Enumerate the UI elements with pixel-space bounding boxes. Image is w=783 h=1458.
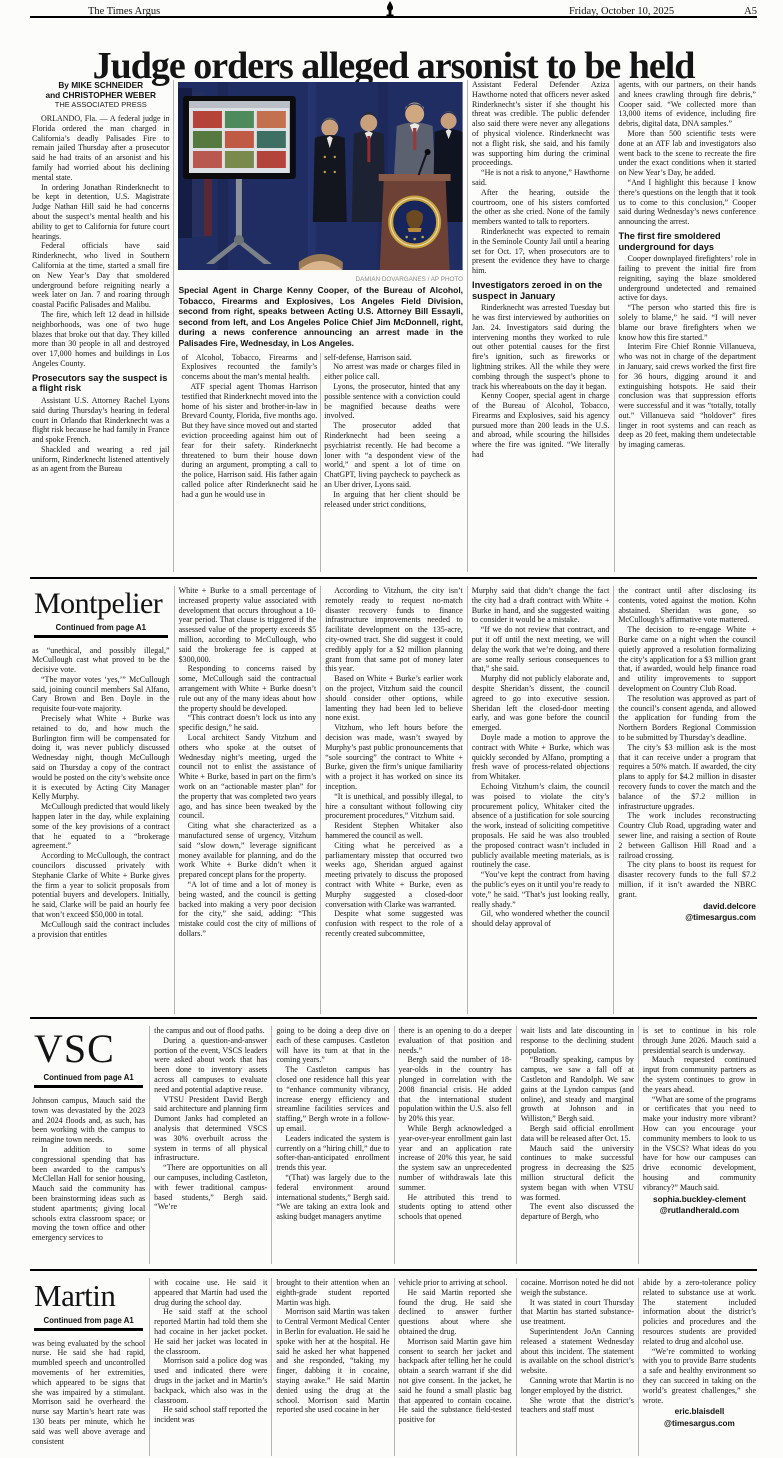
paragraph: Assistant Federal Defender Aziza Hawthor… bbox=[472, 80, 609, 168]
paragraph: It was stated in court Thursday that Mar… bbox=[521, 1298, 634, 1327]
continued-from-line: Continued from page A1 bbox=[34, 1313, 143, 1331]
paragraph: Morrison said a police dog was used and … bbox=[154, 1356, 267, 1405]
paragraph: Based on White + Burke’s earlier work on… bbox=[325, 674, 463, 723]
paragraph: McCullough said the contract includes a … bbox=[32, 920, 170, 940]
jump-head: Montpelier Continued from page A1 bbox=[34, 588, 168, 638]
paragraph: The decision to re-engage White + Burke … bbox=[618, 625, 756, 694]
author-signature: @timesargus.com bbox=[643, 1419, 756, 1429]
paragraph: The resolution was approved as part of t… bbox=[618, 694, 756, 743]
paragraph: Canning wrote that Martin is no longer e… bbox=[521, 1376, 634, 1396]
paragraph: White + Burke to a small percentage of i… bbox=[179, 586, 317, 664]
paragraph: “He is not a risk to anyone,” Hawthorne … bbox=[472, 168, 609, 188]
paragraph: In ordering Jonathan Rinderknecht to be … bbox=[32, 183, 169, 242]
montpelier-story: Montpelier Continued from page A1 as “un… bbox=[32, 586, 756, 1014]
paragraph: was being evaluated by the school nurse.… bbox=[32, 1339, 145, 1447]
photo-credit: DAMIAN DOVARGANES / AP PHOTO bbox=[178, 276, 463, 284]
column: is set to continue in his role through J… bbox=[638, 1026, 756, 1264]
press-conference-photo-image bbox=[178, 82, 463, 270]
paragraph: Johnson campus, Mauch said the town was … bbox=[32, 1096, 145, 1145]
paragraph: Citing what he perceived as a parliament… bbox=[325, 841, 463, 910]
paragraph: Mauch requested continued input from com… bbox=[643, 1055, 756, 1094]
column: Assistant Federal Defender Aziza Hawthor… bbox=[467, 80, 613, 572]
paragraph: He said Martin reported she found the dr… bbox=[399, 1288, 512, 1337]
column: going to be doing a deep dive on each of… bbox=[271, 1026, 393, 1264]
byline-credit: THE ASSOCIATED PRESS bbox=[32, 100, 169, 109]
paragraph: In arguing that her client should be rel… bbox=[324, 490, 460, 510]
paragraph: with cocaine use. He said it appeared th… bbox=[154, 1278, 267, 1307]
paragraph: is set to continue in his role through J… bbox=[643, 1026, 756, 1055]
column: the campus and out of flood paths.During… bbox=[149, 1026, 271, 1264]
paragraph: “The person who started this fire is sol… bbox=[619, 303, 756, 342]
paragraph: After the hearing, outside the courtroom… bbox=[472, 188, 609, 227]
paragraph: vehicle prior to arriving at school. bbox=[399, 1278, 512, 1288]
paragraph: as “unethical, and possibly illegal,” Mc… bbox=[32, 646, 170, 675]
column: abide by a zero-tolerance policy related… bbox=[638, 1278, 756, 1456]
paragraph: The Castleton campus has closed one resi… bbox=[276, 1065, 389, 1134]
paragraph: “(That) was largely due to the federal e… bbox=[276, 1173, 389, 1222]
paragraph: McCullough predicted that would likely h… bbox=[32, 802, 170, 851]
column: self-defense, Harrison said.No arrest wa… bbox=[320, 353, 463, 572]
paragraph: “There are opportunities on all our camp… bbox=[154, 1163, 267, 1212]
story-title: VSC bbox=[34, 1028, 143, 1070]
paragraph: While Bergh acknowledged a year-over-yea… bbox=[399, 1124, 512, 1193]
paragraph: Murphy said that didn’t change the fact … bbox=[472, 586, 610, 625]
newspaper-page: The Times Argus Friday, October 10, 2025… bbox=[0, 0, 783, 1458]
paragraph: “If we do not review that contract, and … bbox=[472, 625, 610, 674]
paragraph: Assistant U.S. Attorney Rachel Lyons sai… bbox=[32, 396, 169, 445]
paragraph: Bergh said official enrollment data will… bbox=[521, 1124, 634, 1144]
paragraph: No arrest was made or charges filed in e… bbox=[324, 362, 460, 382]
paragraph: Federal officials have said Rinderknecht… bbox=[32, 241, 169, 310]
paragraph: abide by a zero-tolerance policy related… bbox=[643, 1278, 756, 1347]
paragraph: The event also discussed the departure o… bbox=[521, 1202, 634, 1222]
story-title: Martin bbox=[34, 1280, 143, 1313]
paragraph: Lyons, the prosecutor, hinted that any p… bbox=[324, 382, 460, 421]
continued-from-line: Continued from page A1 bbox=[34, 1070, 143, 1088]
paragraph: “This contract doesn’t lock us into any … bbox=[179, 713, 317, 733]
paragraph: ORLANDO, Fla. — A federal judge in Flori… bbox=[32, 114, 169, 183]
jump-head: VSC Continued from page A1 bbox=[34, 1028, 143, 1088]
paragraph: Mauch said the university continues to m… bbox=[521, 1144, 634, 1203]
story-title: Montpelier bbox=[34, 588, 168, 620]
paragraph: The fire, which left 12 dead in hillside… bbox=[32, 310, 169, 369]
paragraph: He said staff at the school reported Mar… bbox=[154, 1307, 267, 1356]
paragraph: He said school staff reported the incide… bbox=[154, 1405, 267, 1425]
paragraph: ATF special agent Thomas Harrison testif… bbox=[181, 382, 317, 500]
paragraph: The city’s $3 million ask is the most th… bbox=[618, 743, 756, 812]
jump-head: Martin Continued from page A1 bbox=[34, 1280, 143, 1331]
paragraph: Cooper downplayed firefighters’ role in … bbox=[619, 254, 756, 303]
paragraph: Vitzhum, who left hours before the decis… bbox=[325, 723, 463, 792]
column: By MIKE SCHNEIDERand CHRISTOPHER WEBERTH… bbox=[32, 80, 173, 572]
column: with cocaine use. He said it appeared th… bbox=[149, 1278, 271, 1456]
paragraph: “A lot of time and a lot of money is bei… bbox=[179, 880, 317, 939]
paragraph: Echoing Vitzhum’s claim, the council was… bbox=[472, 782, 610, 870]
paragraph: brought to their attention when an eight… bbox=[276, 1278, 389, 1307]
paragraph: Resident Stephen Whitaker also hammered … bbox=[325, 821, 463, 841]
column: wait lists and late discounting in respo… bbox=[516, 1026, 638, 1264]
paragraph: Rinderknecht was arrested Tuesday but he… bbox=[472, 303, 609, 391]
sub-headline: The first fire smoldered underground for… bbox=[619, 231, 756, 252]
section-divider bbox=[30, 577, 757, 579]
paragraph: Bergh said the number of 18-year-olds in… bbox=[399, 1055, 512, 1124]
paragraph: Precisely what White + Burke was retaine… bbox=[32, 714, 170, 802]
section-divider bbox=[30, 1269, 757, 1271]
paragraph: During a question-and-answer portion of … bbox=[154, 1036, 267, 1095]
author-signature: sophia.buckley-clement bbox=[643, 1195, 756, 1205]
paragraph: The work includes reconstructing Country… bbox=[618, 811, 756, 860]
column: Murphy said that didn’t change the fact … bbox=[467, 586, 614, 1014]
paragraph: The city plans to boost its request for … bbox=[618, 860, 756, 899]
paragraph: According to McCullough, the contract co… bbox=[32, 851, 170, 920]
paragraph: VTSU President David Bergh said architec… bbox=[154, 1095, 267, 1164]
paragraph: the contract until after disclosing its … bbox=[618, 586, 756, 625]
author-signature: @timesargus.com bbox=[618, 913, 756, 923]
photo-column: DAMIAN DOVARGANES / AP PHOTO Special Age… bbox=[173, 80, 467, 572]
column: agents, with our partners, on their hand… bbox=[614, 80, 756, 572]
sub-headline: Investigators zeroed in on the suspect i… bbox=[472, 280, 609, 301]
paragraph: In addition to some congressional spendi… bbox=[32, 1145, 145, 1243]
paragraph: there is an opening to do a deeper evalu… bbox=[399, 1026, 512, 1055]
paragraph: Superintendent JoAn Canning released a s… bbox=[521, 1327, 634, 1376]
paragraph: Morrison said Martin gave him consent to… bbox=[399, 1337, 512, 1425]
paragraph: Leaders indicated the system is currentl… bbox=[276, 1134, 389, 1173]
column: there is an opening to do a deeper evalu… bbox=[394, 1026, 516, 1264]
author-signature: @rutlandherald.com bbox=[643, 1206, 756, 1216]
paragraph: “We’re committed to working with you to … bbox=[643, 1347, 756, 1406]
column: According to Vitzhum, the city isn’t rem… bbox=[320, 586, 467, 1014]
masthead-rule bbox=[30, 16, 757, 18]
column: cocaine. Morrison noted he did not weigh… bbox=[516, 1278, 638, 1456]
section-divider bbox=[30, 1017, 757, 1019]
sub-headline: Prosecutors say the suspect is a flight … bbox=[32, 373, 169, 394]
vsc-story: VSC Continued from page A1 Johnson campu… bbox=[32, 1026, 756, 1264]
column: VSC Continued from page A1 Johnson campu… bbox=[32, 1026, 149, 1264]
paragraph: Morrison said Martin was taken to Centra… bbox=[276, 1307, 389, 1415]
byline: By MIKE SCHNEIDER bbox=[32, 80, 169, 90]
author-signature: david.delcore bbox=[618, 902, 756, 912]
paragraph: Doyle made a motion to approve the contr… bbox=[472, 733, 610, 782]
paragraph: “And I highlight this because I know the… bbox=[619, 178, 756, 227]
paragraph: He attributed this trend to students opt… bbox=[399, 1193, 512, 1222]
paragraph: “What are some of the programs or certif… bbox=[643, 1095, 756, 1193]
paragraph: “Broadly speaking, campus by campus, we … bbox=[521, 1055, 634, 1124]
column: Martin Continued from page A1 was being … bbox=[32, 1278, 149, 1456]
paragraph: “The mayor votes ‘yes,’” McCullough said… bbox=[32, 675, 170, 714]
paragraph: “You’ve kept the contract from having th… bbox=[472, 870, 610, 909]
column: Montpelier Continued from page A1 as “un… bbox=[32, 586, 174, 1014]
paragraph: of Alcohol, Tobacco, Firearms and Explos… bbox=[181, 353, 317, 382]
press-conference-photo bbox=[178, 82, 463, 275]
paragraph: She wrote that the district’s teachers a… bbox=[521, 1396, 634, 1416]
paragraph: self-defense, Harrison said. bbox=[324, 353, 460, 363]
paragraph: Rinderknecht was expected to remain in t… bbox=[472, 227, 609, 276]
continued-from-line: Continued from page A1 bbox=[34, 620, 168, 638]
paragraph: the campus and out of flood paths. bbox=[154, 1026, 267, 1036]
byline: and CHRISTOPHER WEBER bbox=[32, 90, 169, 100]
column: White + Burke to a small percentage of i… bbox=[174, 586, 321, 1014]
paragraph: Gil, who wondered whether the council sh… bbox=[472, 909, 610, 929]
column: of Alcohol, Tobacco, Firearms and Explos… bbox=[178, 353, 320, 572]
photo-caption: Special Agent in Charge Kenny Cooper, of… bbox=[178, 285, 463, 349]
paragraph: going to be doing a deep dive on each of… bbox=[276, 1026, 389, 1065]
paragraph: “It is unethical, and possibly illegal, … bbox=[325, 792, 463, 821]
paragraph: Citing what she characterized as a manuf… bbox=[179, 821, 317, 880]
column: vehicle prior to arriving at school.He s… bbox=[394, 1278, 516, 1456]
paragraph: Despite what some suggested was confusio… bbox=[325, 909, 463, 938]
paragraph: wait lists and late discounting in respo… bbox=[521, 1026, 634, 1055]
paragraph: Shackled and wearing a red jail uniform,… bbox=[32, 445, 169, 474]
paragraph: Murphy did not publicly elaborate and, d… bbox=[472, 674, 610, 733]
author-signature: eric.blaisdell bbox=[643, 1407, 756, 1417]
column: the contract until after disclosing its … bbox=[613, 586, 756, 1014]
paragraph: Kenny Cooper, special agent in charge of… bbox=[472, 391, 609, 460]
column: brought to their attention when an eight… bbox=[271, 1278, 393, 1456]
paragraph: cocaine. Morrison noted he did not weigh… bbox=[521, 1278, 634, 1298]
main-story: By MIKE SCHNEIDERand CHRISTOPHER WEBERTH… bbox=[32, 80, 756, 572]
paragraph: Local architect Sandy Vitzhum and others… bbox=[179, 733, 317, 821]
paragraph: The prosecutor added that Rinderknecht h… bbox=[324, 421, 460, 490]
paragraph: agents, with our partners, on their hand… bbox=[619, 80, 756, 129]
paragraph: More than 500 scientific tests were done… bbox=[619, 129, 756, 178]
paragraph: Interim Fire Chief Ronnie Villanueva, wh… bbox=[619, 342, 756, 450]
paragraph: According to Vitzhum, the city isn’t rem… bbox=[325, 586, 463, 674]
martin-story: Martin Continued from page A1 was being … bbox=[32, 1278, 756, 1456]
paragraph: Responding to concerns raised by some, M… bbox=[179, 664, 317, 713]
